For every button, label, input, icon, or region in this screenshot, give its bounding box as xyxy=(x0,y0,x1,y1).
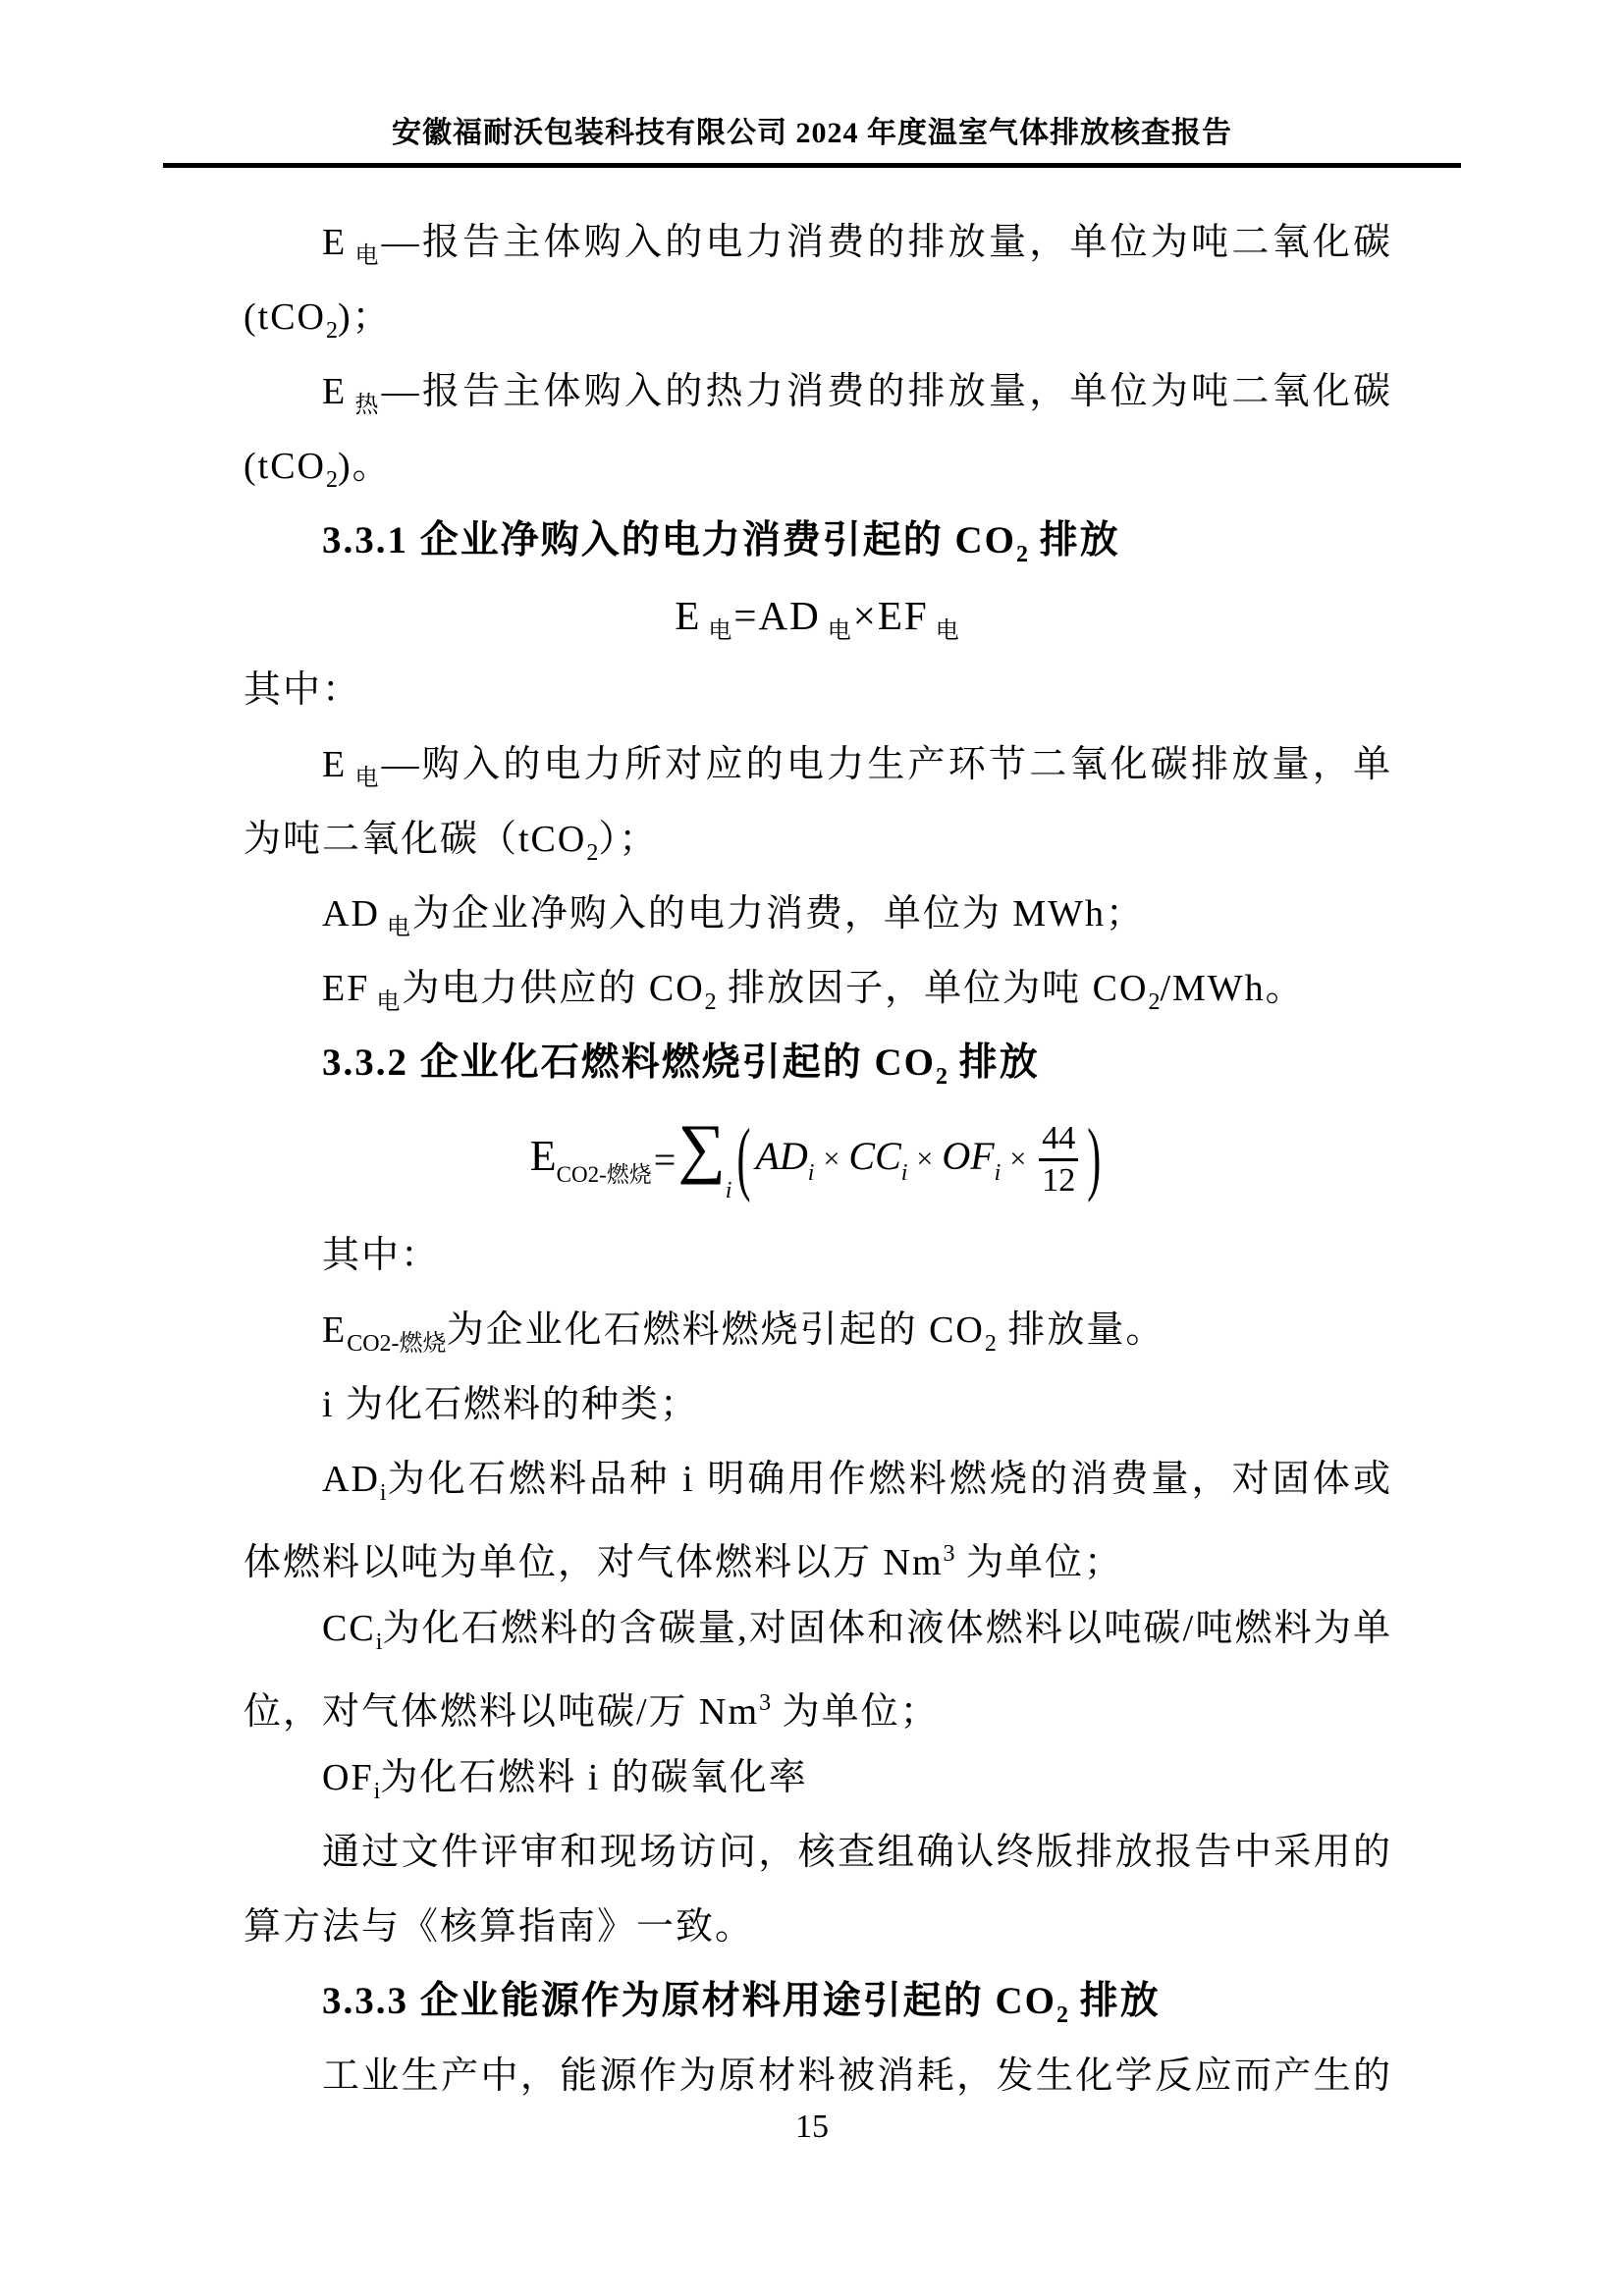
formula-fuel-combustion: ECO2-燃烧 = ∑i ( ADi × CCi × OFi × 4412 ) xyxy=(244,1100,1392,1218)
fraction-denominator: 12 xyxy=(1042,1161,1075,1200)
subscript-2: 2 xyxy=(326,467,338,493)
header-title: 安徽福耐沃包装科技有限公司 2024 年度温室气体排放核查报告 xyxy=(392,117,1232,149)
para-text: 体燃料以吨为单位，对气体燃料以万 Nm xyxy=(244,1542,944,1583)
formula-ad: =AD xyxy=(733,593,820,638)
fraction-numerator: 44 xyxy=(1039,1119,1078,1160)
subscript-dian: 电 xyxy=(936,618,959,644)
symbol-cc: CC xyxy=(848,1134,900,1178)
subscript-2: 2 xyxy=(1016,542,1028,567)
para-review-line2: 算方法与《核算指南》一致。 xyxy=(244,1890,1392,1964)
subscript-re: 热 xyxy=(353,393,379,418)
para-text: 为吨二氧化碳（tCO xyxy=(244,819,586,860)
fraction-44-12: 4412 xyxy=(1039,1119,1078,1199)
multiply-sign: × xyxy=(916,1143,933,1176)
para-text: 为企业净购入的电力消费，单位为 MWh； xyxy=(412,893,1145,934)
subscript-2: 2 xyxy=(985,1331,997,1357)
sigma-index: i xyxy=(726,1178,732,1203)
subscript-2: 2 xyxy=(1148,989,1160,1015)
symbol-of: OF xyxy=(942,1134,994,1178)
multiply-sign: × xyxy=(823,1143,839,1176)
sigma-icon: ∑ xyxy=(677,1110,725,1185)
para-text: 为化石燃料品种 i 明确用作燃料燃烧的消费量，对固体或液 xyxy=(322,1459,1392,1517)
subscript-2: 2 xyxy=(705,989,717,1015)
symbol-cc: CC xyxy=(322,1608,376,1649)
term-cc: CCi xyxy=(848,1133,907,1187)
para-text: 为企业化石燃料燃烧引起的 CO xyxy=(447,1309,985,1351)
page-header: 安徽福耐沃包装科技有限公司 2024 年度温室气体排放核查报告 xyxy=(163,0,1461,168)
para-cci-line2: 位，对气体燃料以吨碳/万 Nm3 为单位； xyxy=(244,1666,1392,1740)
heading-text: 排放 xyxy=(1028,519,1120,561)
formula-lhs: ECO2-燃烧 xyxy=(530,1131,652,1189)
formula-e: E xyxy=(530,1132,557,1180)
subscript-2: 2 xyxy=(1056,2002,1068,2028)
para-review-line1: 通过文件评审和现场访问，核查组确认终版排放报告中采用的核 xyxy=(244,1815,1392,1890)
para-e-power-line2: (tCO2)； xyxy=(244,280,1392,354)
formula-e: E xyxy=(675,593,701,638)
para-text: )。 xyxy=(338,446,392,487)
para-e-power-line1: E电—报告主体购入的电力消费的排放量，单位为吨二氧化碳 xyxy=(244,205,1392,280)
subscript-co2-combustion: CO2-燃烧 xyxy=(347,1331,446,1357)
symbol-e-power: E xyxy=(322,744,347,785)
heading-3-3-1: 3.3.1 企业净购入的电力消费引起的 CO2 排放 xyxy=(244,504,1392,578)
para-text: 其中： xyxy=(244,669,361,711)
subscript-dian: 电 xyxy=(708,618,731,644)
para-text: 工业生产中，能源作为原材料被消耗，发生化学反应而产生的温 xyxy=(322,2056,1392,2113)
heading-3-3-3: 3.3.3 企业能源作为原材料用途引起的 CO2 排放 xyxy=(244,1964,1392,2039)
para-text: /MWh。 xyxy=(1160,968,1304,1009)
subscript-co2-combustion: CO2-燃烧 xyxy=(557,1162,652,1187)
formula-ef: ×EF xyxy=(853,593,929,638)
heading-text: 3.3.1 企业净购入的电力消费引起的 CO xyxy=(322,519,1016,561)
unit-tco2: (tCO xyxy=(244,446,326,487)
para-i-def: i 为化石燃料的种类； xyxy=(244,1367,1392,1442)
para-text: —购入的电力所对应的电力生产环节二氧化碳排放量，单位 xyxy=(322,744,1392,802)
para-text: 为化石燃料的含碳量,对固体和液体燃料以吨碳/吨燃料为单 xyxy=(382,1608,1392,1649)
subscript-i: i xyxy=(808,1160,815,1186)
subscript-i: i xyxy=(380,1480,387,1506)
term-of: OFi xyxy=(942,1133,1001,1187)
para-ofi: OFi为化石燃料 i 的碳氧化率 xyxy=(244,1740,1392,1815)
heading-3-3-2: 3.3.2 企业化石燃料燃烧引起的 CO2 排放 xyxy=(244,1026,1392,1100)
term-ad: ADi xyxy=(755,1133,814,1187)
subscript-dian: 电 xyxy=(828,618,851,644)
para-industry: 工业生产中，能源作为原材料被消耗，发生化学反应而产生的温 xyxy=(244,2039,1392,2113)
para-text: i 为化石燃料的种类； xyxy=(322,1384,699,1425)
para-text: 为单位； xyxy=(955,1542,1124,1583)
para-qizhong-2: 其中： xyxy=(244,1218,1392,1293)
equals-sign: = xyxy=(654,1137,677,1183)
para-text: 其中： xyxy=(322,1235,440,1276)
subscript-i: i xyxy=(901,1160,908,1186)
subscript-2: 2 xyxy=(326,318,338,344)
document-body: E电—报告主体购入的电力消费的排放量，单位为吨二氧化碳 (tCO2)； E热—报… xyxy=(244,205,1392,2113)
superscript-3: 3 xyxy=(944,1541,955,1567)
para-e-heat-line1: E热—报告主体购入的热力消费的排放量，单位为吨二氧化碳 xyxy=(244,354,1392,429)
para-e-heat-line2: (tCO2)。 xyxy=(244,429,1392,504)
subscript-i: i xyxy=(995,1160,1001,1186)
heading-text: 3.3.2 企业化石燃料燃烧引起的 CO xyxy=(322,1041,936,1084)
para-text: 排放量。 xyxy=(997,1309,1165,1351)
para-adi-line2: 体燃料以吨为单位，对气体燃料以万 Nm3 为单位； xyxy=(244,1517,1392,1591)
symbol-ef: EF xyxy=(322,968,369,1009)
heading-text: 排放 xyxy=(1068,1980,1161,2022)
multiply-sign: × xyxy=(1009,1143,1026,1176)
heading-text: 3.3.3 企业能源作为原材料用途引起的 CO xyxy=(322,1980,1056,2022)
symbol-of: OF xyxy=(322,1757,374,1798)
subscript-dian: 电 xyxy=(376,989,400,1015)
superscript-3: 3 xyxy=(759,1690,771,1716)
para-text: —报告主体购入的热力消费的排放量，单位为吨二氧化碳 xyxy=(382,371,1392,412)
symbol-ad: AD xyxy=(755,1134,807,1178)
para-cci-line1: CCi为化石燃料的含碳量,对固体和液体燃料以吨碳/吨燃料为单 xyxy=(244,1591,1392,1666)
symbol-ad: AD xyxy=(322,1459,380,1500)
symbol-e: E xyxy=(322,1309,347,1351)
para-text: )； xyxy=(338,296,392,338)
para-text: 排放因子，单位为吨 CO xyxy=(717,968,1149,1009)
para-adi-line1: ADi为化石燃料品种 i 明确用作燃料燃烧的消费量，对固体或液 xyxy=(244,1442,1392,1517)
para-text: 为单位； xyxy=(771,1691,940,1733)
formula-electricity-emission: E电=AD电×EF电 xyxy=(244,578,1392,653)
para-text: 通过文件评审和现场访问，核查组确认终版排放报告中采用的核 xyxy=(322,1832,1392,1890)
subscript-dian: 电 xyxy=(387,915,410,940)
sigma-term: ∑i xyxy=(677,1114,731,1204)
subscript-2: 2 xyxy=(586,840,598,866)
para-text: ）； xyxy=(598,819,658,860)
para-text: 位，对气体燃料以吨碳/万 Nm xyxy=(244,1691,759,1733)
subscript-dian: 电 xyxy=(353,243,379,269)
para-ef-power: EF电为电力供应的 CO2 排放因子，单位为吨 CO2/MWh。 xyxy=(244,951,1392,1026)
para-ad-power: AD电为企业净购入的电力消费，单位为 MWh； xyxy=(244,877,1392,951)
unit-tco2: (tCO xyxy=(244,296,326,338)
page-number: 15 xyxy=(0,2109,1624,2146)
para-qizhong-1: 其中： xyxy=(244,653,1392,727)
subscript-dian: 电 xyxy=(353,766,379,791)
symbol-ad: AD xyxy=(322,893,380,934)
para-e-power-def-line2: 为吨二氧化碳（tCO2）； xyxy=(244,802,1392,877)
para-text: 算方法与《核算指南》一致。 xyxy=(244,1906,754,1948)
para-eco2-combustion: ECO2-燃烧为企业化石燃料燃烧引起的 CO2 排放量。 xyxy=(244,1293,1392,1367)
document-page: 安徽福耐沃包装科技有限公司 2024 年度温室气体排放核查报告 E电—报告主体购… xyxy=(0,0,1624,2296)
para-text: 为电力供应的 CO xyxy=(402,968,704,1009)
subscript-2: 2 xyxy=(936,1064,947,1090)
symbol-e-heat: E xyxy=(322,371,347,412)
heading-text: 排放 xyxy=(947,1041,1040,1084)
right-paren: ) xyxy=(1087,1112,1101,1206)
symbol-e-power: E xyxy=(322,222,347,263)
para-text: —报告主体购入的电力消费的排放量，单位为吨二氧化碳 xyxy=(382,222,1392,263)
para-text: 为化石燃料 i 的碳氧化率 xyxy=(380,1757,808,1798)
left-paren: ( xyxy=(736,1112,750,1206)
para-e-power-def-line1: E电—购入的电力所对应的电力生产环节二氧化碳排放量，单位 xyxy=(244,727,1392,802)
